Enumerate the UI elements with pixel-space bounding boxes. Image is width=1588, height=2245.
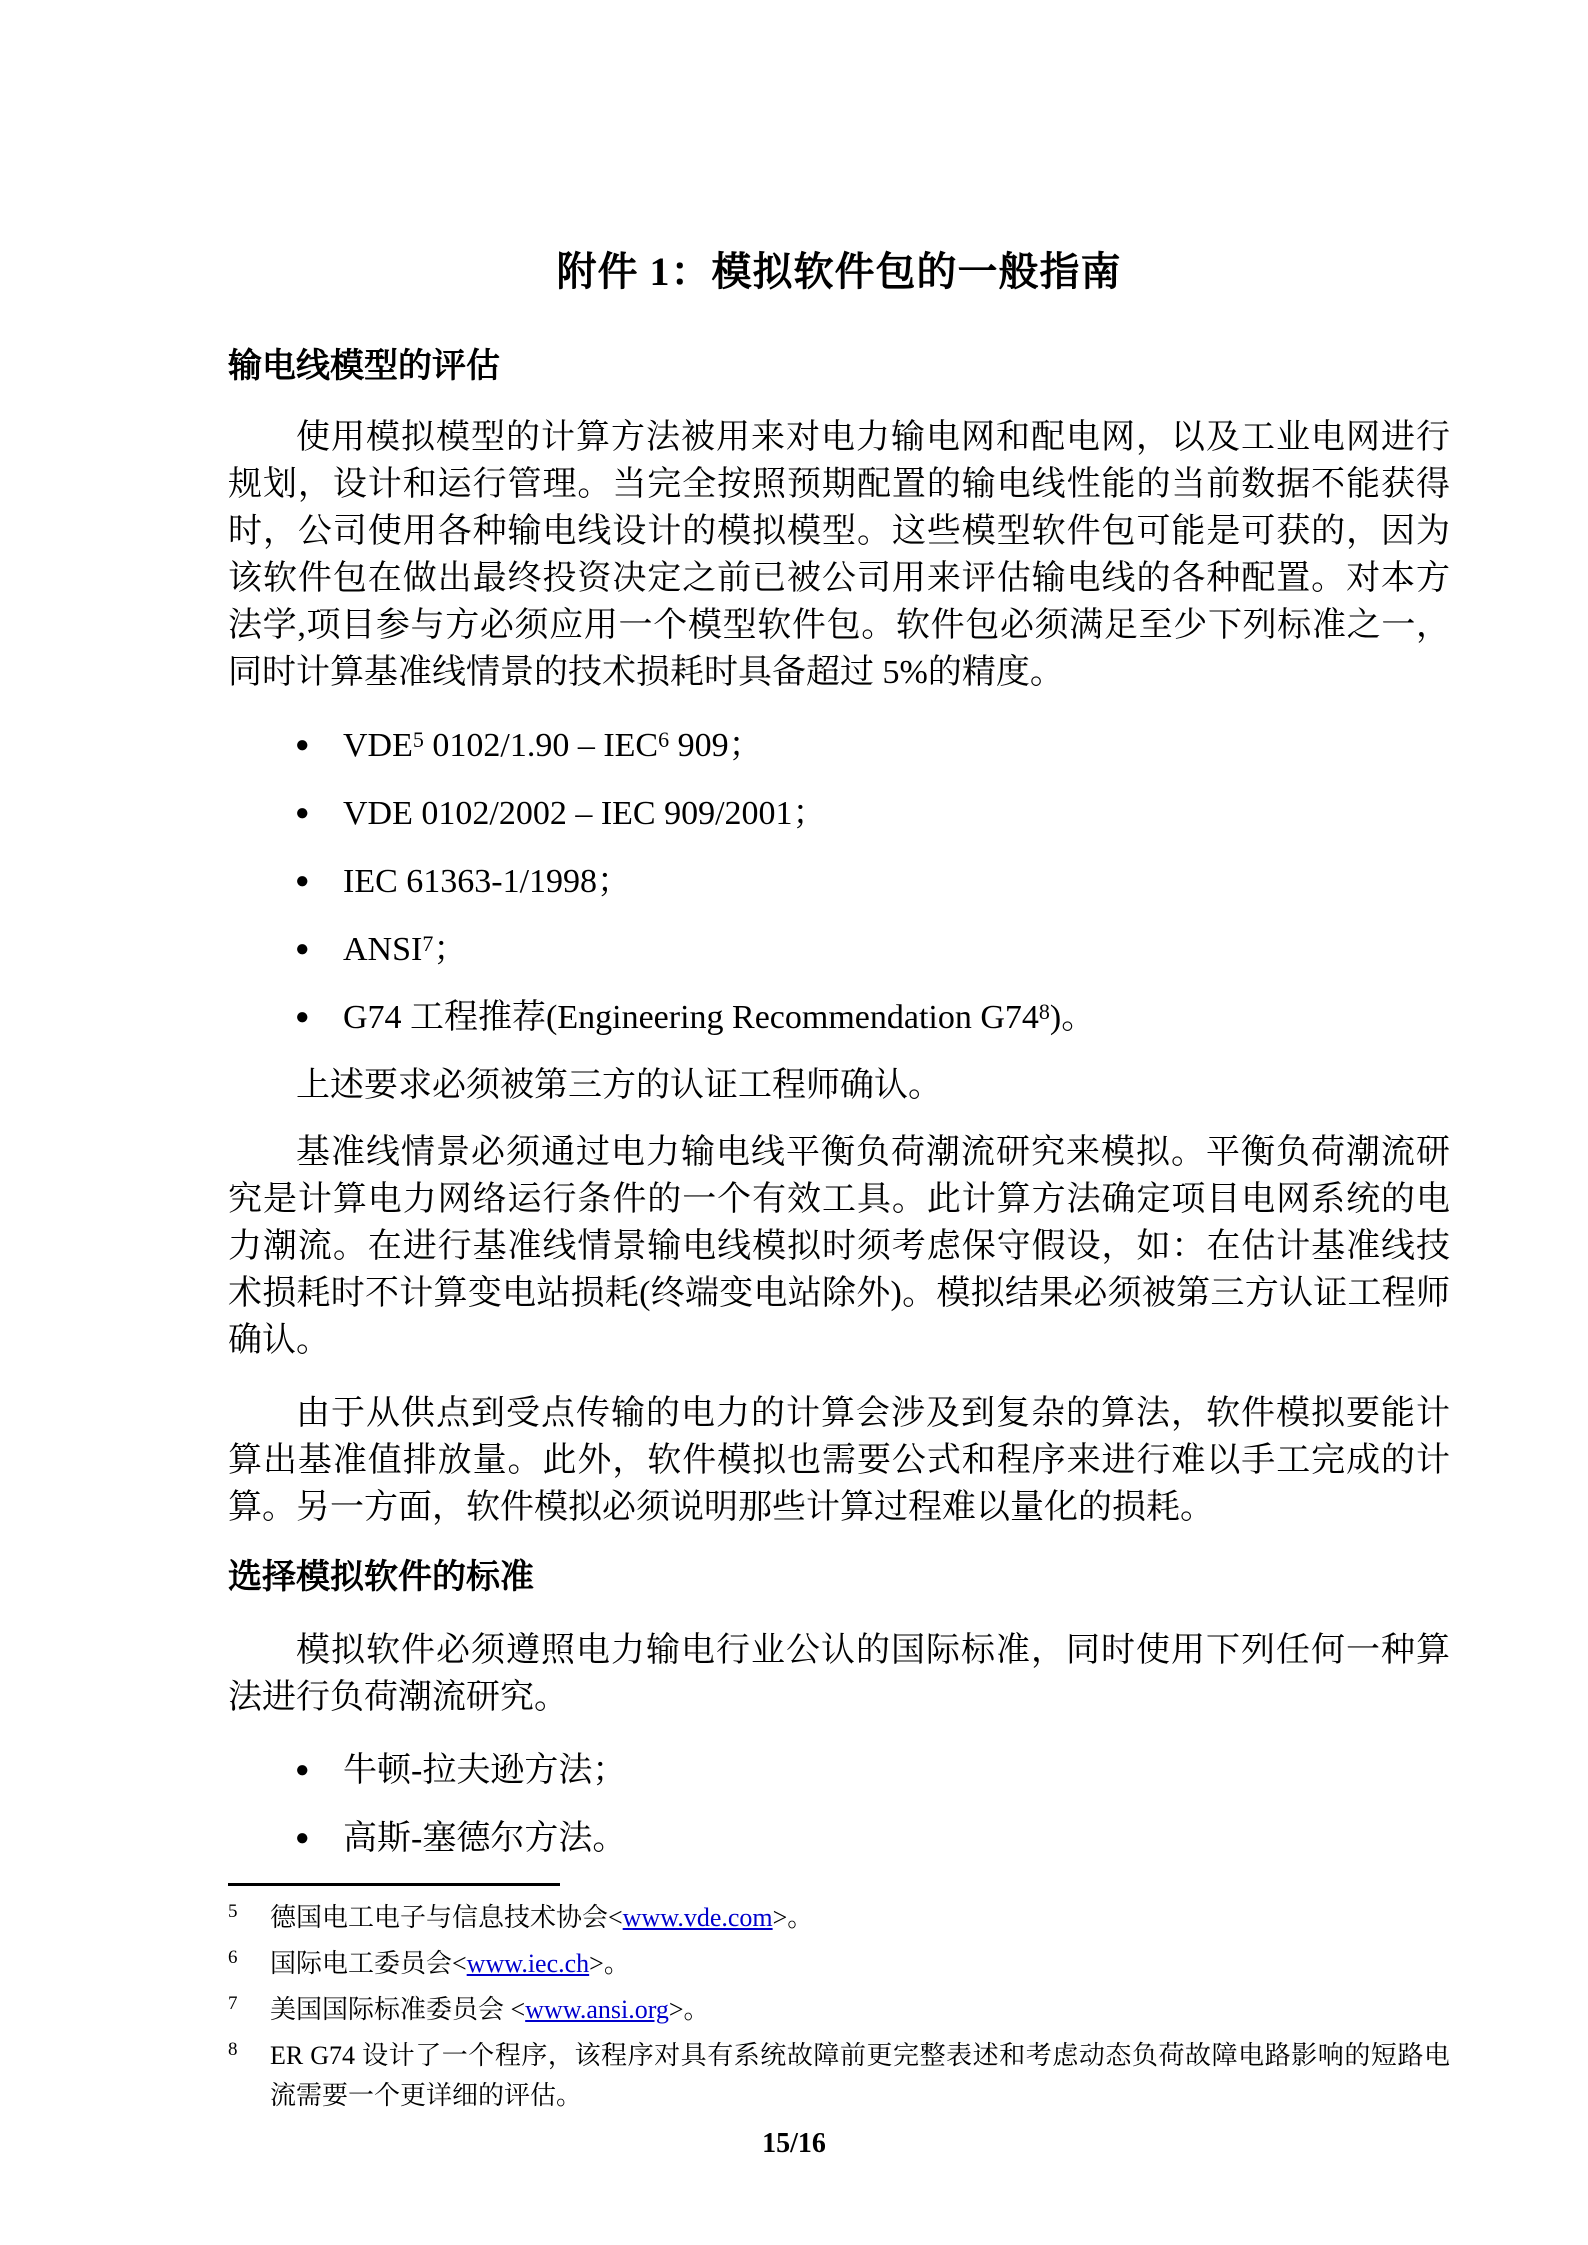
list-item-newton-raphson: ●牛顿-拉夫逊方法； <box>228 1747 1450 1794</box>
section-heading-software-selection-criteria: 选择模拟软件的标准 <box>228 1557 1450 1597</box>
list-item-text: G74 工程推荐(Engineering Recommendation G748… <box>343 999 1095 1036</box>
paragraph-third-party-confirmation: 上述要求必须被第三方的认证工程师确认。 <box>228 1062 1450 1109</box>
paragraph-model-usage: 使用模拟模型的计算方法被用来对电力输电网和配电网，以及工业电网进行规划，设计和运… <box>228 414 1450 696</box>
bullet-icon: ● <box>295 790 310 837</box>
footnote-ref-6: 6 <box>658 727 669 752</box>
page-title: 附件 1：模拟软件包的一般指南 <box>228 248 1450 296</box>
link-ansi-website[interactable]: www.ansi.org <box>525 1995 669 2024</box>
list-item-gauss-seidel: ●高斯-塞德尔方法。 <box>228 1815 1450 1862</box>
list-item-vde-0102-190: ●VDE5 0102/1.90 – IEC6 909； <box>228 722 1450 769</box>
bullet-icon: ● <box>295 1815 310 1862</box>
link-vde-website[interactable]: www.vde.com <box>623 1903 773 1932</box>
list-item-vde-0102-2002: ●VDE 0102/2002 – IEC 909/2001； <box>228 790 1450 837</box>
paragraph-international-standards: 模拟软件必须遵照电力输电行业公认的国际标准，同时使用下列任何一种算法进行负荷潮流… <box>228 1627 1450 1721</box>
footnote-list: 5德国电工电子与信息技术协会<www.vde.com>。 6国际电工委员会<ww… <box>228 1892 1450 2116</box>
section-heading-transmission-model-evaluation: 输电线模型的评估 <box>228 346 1450 386</box>
list-item-text: 牛顿-拉夫逊方法； <box>343 1752 626 1789</box>
list-item-text: VDE 0102/2002 – IEC 909/2001； <box>343 795 827 832</box>
bullet-icon: ● <box>295 994 310 1041</box>
footnote-ref-8: 8 <box>1039 999 1050 1024</box>
standards-list: ●VDE5 0102/1.90 – IEC6 909； ●VDE 0102/20… <box>228 722 1450 1041</box>
footnote-8: 8ER G74 设计了一个程序，该程序对具有系统故障前更完整表述和考虑动态负荷故… <box>228 2030 1450 2116</box>
footnote-6: 6国际电工委员会<www.iec.ch>。 <box>228 1938 1450 1984</box>
list-item-g74: ●G74 工程推荐(Engineering Recommendation G74… <box>228 994 1450 1041</box>
paragraph-complex-algorithms: 由于从供点到受点传输的电力的计算会涉及到复杂的算法，软件模拟要能计算出基准值排放… <box>228 1390 1450 1531</box>
list-item-iec-61363: ●IEC 61363-1/1998； <box>228 858 1450 905</box>
list-item-text: ANSI7； <box>343 931 467 968</box>
bullet-icon: ● <box>295 858 310 905</box>
footnote-marker: 7 <box>228 1984 270 2024</box>
footnote-7: 7美国国际标准委员会 <www.ansi.org>。 <box>228 1984 1450 2030</box>
footnote-marker: 8 <box>228 2030 270 2070</box>
paragraph-baseline-load-flow: 基准线情景必须通过电力输电线平衡负荷潮流研究来模拟。平衡负荷潮流研究是计算电力网… <box>228 1129 1450 1364</box>
footnote-marker: 5 <box>228 1892 270 1932</box>
footnote-ref-7: 7 <box>422 931 433 956</box>
algorithm-list: ●牛顿-拉夫逊方法； ●高斯-塞德尔方法。 <box>228 1747 1450 1862</box>
link-iec-website[interactable]: www.iec.ch <box>467 1949 589 1978</box>
footnote-separator <box>228 1883 560 1886</box>
list-item-text: 高斯-塞德尔方法。 <box>343 1820 626 1857</box>
list-item-ansi: ●ANSI7； <box>228 926 1450 973</box>
list-item-text: VDE5 0102/1.90 – IEC6 909； <box>343 727 763 764</box>
footnote-marker: 6 <box>228 1938 270 1978</box>
page-number: 15/16 <box>0 2128 1588 2160</box>
bullet-icon: ● <box>295 926 310 973</box>
bullet-icon: ● <box>295 1747 310 1794</box>
list-item-text: IEC 61363-1/1998； <box>343 863 631 900</box>
footnote-5: 5德国电工电子与信息技术协会<www.vde.com>。 <box>228 1892 1450 1938</box>
bullet-icon: ● <box>295 722 310 769</box>
page-content: 附件 1：模拟软件包的一般指南 输电线模型的评估 使用模拟模型的计算方法被用来对… <box>0 0 1588 2116</box>
footnote-ref-5: 5 <box>413 727 424 752</box>
footnote-area: 5德国电工电子与信息技术协会<www.vde.com>。 6国际电工委员会<ww… <box>228 1883 1450 2116</box>
